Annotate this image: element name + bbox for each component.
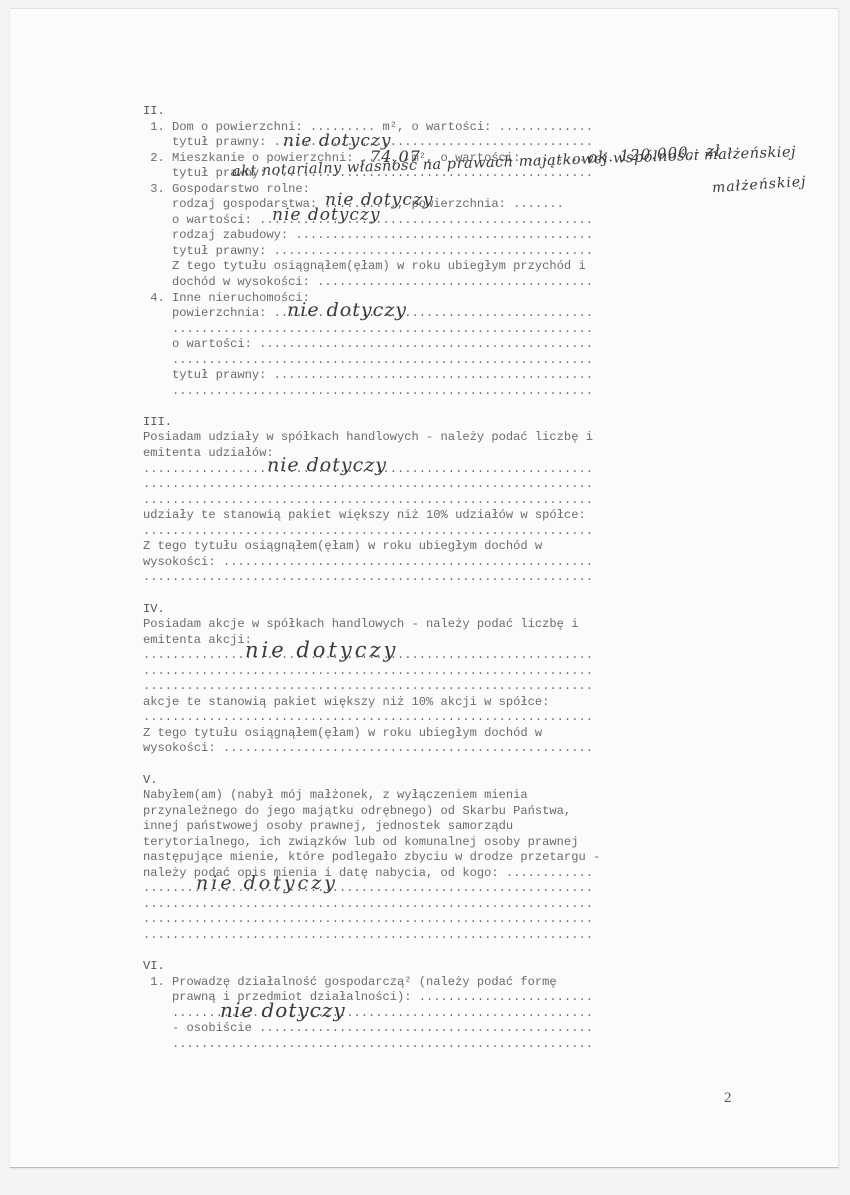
form-line: przynależnego do jego majątku odrębnego)… [143,804,668,820]
form-line: emitenta udziałów: [143,446,668,462]
form-line: Z tego tytułu osiągnąłem(ęłam) w roku ub… [143,539,668,555]
section-iii-body: Posiadam udziały w spółkach handlowych -… [143,430,668,585]
form-line: Z tego tytułu osiągnąłem(ęłam) w roku ub… [143,726,668,742]
form-line: 1. Dom o powierzchni: ......... m², o wa… [143,120,668,136]
form-line: ........................................… [143,462,668,478]
form-line: ........................................… [143,664,668,680]
section-ii-heading: II. [143,104,668,120]
handwriting-section-v: nie dotyczy [196,875,338,892]
section-iv-heading: IV. [143,602,668,618]
form-line: rodzaj zabudowy: .......................… [143,228,668,244]
form-line: ........................................… [143,912,668,928]
section-v-body: Nabyłem(am) (nabył mój małżonek, z wyłąc… [143,788,668,943]
form-line: ........................................… [143,710,668,726]
form-line: ........................................… [143,322,668,338]
declaration-form: II. 1. Dom o powierzchni: ......... m², … [143,104,668,1052]
form-line: o wartości: ............................… [143,213,668,229]
form-line: wysokości: .............................… [143,555,668,571]
form-line: ........................................… [143,1037,668,1053]
form-line: akcje te stanowią pakiet większy niż 10%… [143,695,668,711]
section-iii-heading: III. [143,415,668,431]
form-line: ........................................… [143,928,668,944]
form-line: ........................................… [143,384,668,400]
handwriting-section-vi: nie dotyczy [220,1002,346,1019]
form-line: Z tego tytułu osiągnąłem(ęłam) w roku ub… [143,259,668,275]
section-iv-body: Posiadam akcje w spółkach handlowych - n… [143,617,668,757]
form-line: ........................................… [143,477,668,493]
form-line: udziały te stanowią pakiet większy niż 1… [143,508,668,524]
form-line: tytuł prawny: ..........................… [143,368,668,384]
form-line: dochód w wysokości: ....................… [143,275,668,291]
form-line: innej państwowej osoby prawnej, jednoste… [143,819,668,835]
section-v-heading: V. [143,773,668,789]
form-line: ........................................… [143,679,668,695]
form-line: ........................................… [143,524,668,540]
form-line: Posiadam udziały w spółkach handlowych -… [143,430,668,446]
form-line: terytorialnego, ich związków lub od komu… [143,835,668,851]
form-line: ........................................… [143,897,668,913]
page-number: 2 [724,1090,732,1107]
form-line: tytuł prawny: ..........................… [143,244,668,260]
form-line: ........................................… [143,493,668,509]
form-line: Posiadam akcje w spółkach handlowych - n… [143,617,668,633]
form-line: 1. Prowadzę działalność gospodarczą² (na… [143,975,668,991]
handwriting-gospodarstwo-wartosc: nie dotyczy [272,207,380,224]
form-line: wysokości: .............................… [143,741,668,757]
form-line: następujące mienie, które podlegało zbyc… [143,850,668,866]
section-vi-heading: VI. [143,959,668,975]
form-line: o wartości: ............................… [143,337,668,353]
form-line: Nabyłem(am) (nabył mój małżonek, z wyłąc… [143,788,668,804]
form-line: - osobiście ............................… [143,1021,668,1037]
handwriting-section-iii: nie dotyczy [267,457,387,474]
form-line: emitenta akcji: [143,633,668,649]
handwriting-section-iv: nie dotyczy [245,642,398,659]
handwriting-inne-powierzchnia: nie dotyczy [287,302,407,319]
form-line: ........................................… [143,648,668,664]
form-line: ........................................… [143,570,668,586]
form-line: ........................................… [143,353,668,369]
